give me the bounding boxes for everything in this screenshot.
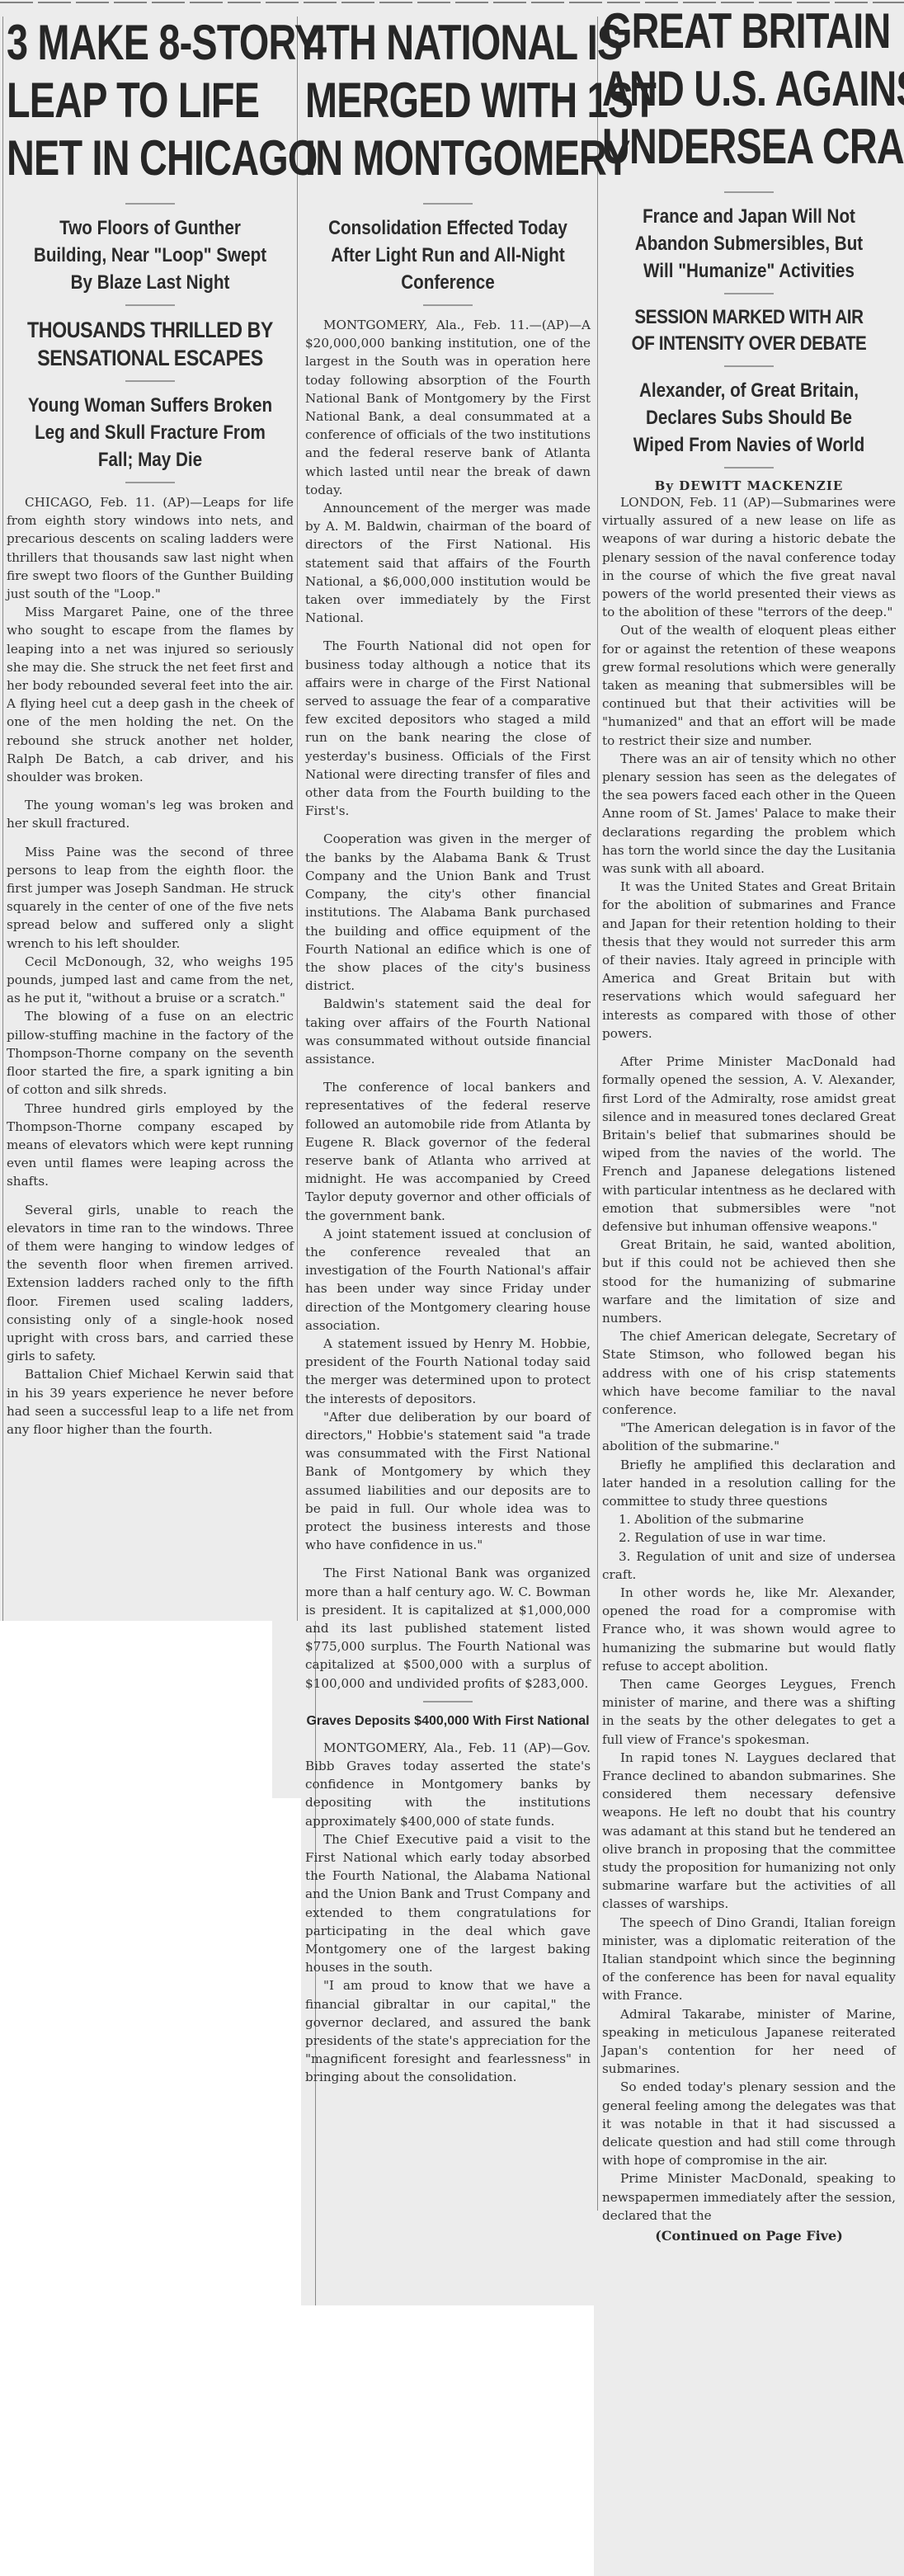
paragraph: Briefly he amplified this declaration an… bbox=[602, 1456, 896, 1511]
naval-deck-3: Alexander, of Great Britain, Declares Su… bbox=[623, 377, 875, 459]
divider bbox=[724, 191, 774, 193]
divider bbox=[423, 203, 473, 205]
bank-headline-line: IN MONTGOMERY bbox=[305, 130, 595, 188]
paragraph: It was the United States and Great Brita… bbox=[602, 878, 896, 1043]
column-rule-left bbox=[2, 16, 3, 1621]
paragraph: The chief American delegate, Secretary o… bbox=[602, 1327, 896, 1419]
paragraph: Great Britain, he said, wanted abolition… bbox=[602, 1236, 896, 1327]
divider bbox=[724, 467, 774, 469]
divider bbox=[125, 304, 175, 306]
paragraph: The Chief Executive paid a visit to the … bbox=[305, 1830, 591, 1977]
fire-headline-line: NET IN CHICAGO bbox=[7, 130, 296, 188]
list-item: 1. Abolition of the submarine bbox=[602, 1510, 896, 1528]
naval-headline-line: AND U.S. AGAINST bbox=[602, 61, 898, 119]
paragraph: In rapid tones N. Laygues declared that … bbox=[602, 1749, 896, 1914]
fire-deck-3: Young Woman Suffers Broken Leg and Skull… bbox=[26, 392, 273, 473]
bank-headline-line: 4TH NATIONAL IS bbox=[305, 15, 595, 73]
paragraph: "I am proud to know that we have a finan… bbox=[305, 1976, 591, 2086]
paragraph: Admiral Takarabe, minister of Marine, sp… bbox=[602, 2005, 896, 2079]
paragraph: The Fourth National did not open for bus… bbox=[305, 637, 591, 820]
paragraph: A joint statement issued at conclusion o… bbox=[305, 1225, 591, 1335]
paragraph: MONTGOMERY, Ala., Feb. 11 (AP)—Gov. Bibb… bbox=[305, 1739, 591, 1830]
paragraph: In other words he, like Mr. Alexander, o… bbox=[602, 1584, 896, 1675]
paragraph: CHICAGO, Feb. 11. (AP)—Leaps for life fr… bbox=[7, 493, 294, 603]
bank-headline-line: MERGED WITH 1ST bbox=[305, 73, 595, 130]
paragraph: Cecil McDonough, 32, who weighs 195 poun… bbox=[7, 953, 294, 1008]
naval-question-list: 1. Abolition of the submarine 2. Regulat… bbox=[602, 1510, 896, 1584]
paragraph: "The American delegation is in favor of … bbox=[602, 1419, 896, 1455]
paragraph: LONDON, Feb. 11 (AP)—Submarines were vir… bbox=[602, 493, 896, 621]
paragraph: Prime Minister MacDonald, speaking to ne… bbox=[602, 2169, 896, 2225]
paragraph: The First National Bank was organized mo… bbox=[305, 1564, 591, 1692]
bank-subhead: Graves Deposits $400,000 With First Nati… bbox=[305, 1712, 591, 1731]
paragraph: So ended today's plenary session and the… bbox=[602, 2078, 896, 2169]
paragraph: Battalion Chief Michael Kerwin said that… bbox=[7, 1365, 294, 1439]
divider bbox=[724, 365, 774, 367]
naval-byline: By DEWITT MACKENZIE bbox=[602, 478, 896, 493]
column-rule-1 bbox=[297, 16, 298, 1621]
paragraph: Three hundred girls employed by the Thom… bbox=[7, 1100, 294, 1191]
paragraph: The speech of Dino Grandi, Italian forei… bbox=[602, 1914, 896, 2005]
paragraph: There was an air of tensity which no oth… bbox=[602, 750, 896, 878]
paragraph: The blowing of a fuse on an electric pil… bbox=[7, 1007, 294, 1099]
naval-body-continued: In other words he, like Mr. Alexander, o… bbox=[602, 1584, 896, 2225]
fire-headline-line: 3 MAKE 8-STORY bbox=[7, 15, 296, 73]
paragraph: "After due deliberation by our board of … bbox=[305, 1408, 591, 1555]
naval-headline: GREAT BRITAIN AND U.S. AGAINST UNDERSEA … bbox=[602, 3, 898, 177]
bank-deck-1: Consolidation Effected Today After Light… bbox=[325, 214, 571, 296]
paragraph: MONTGOMERY, Ala., Feb. 11.—(AP)—A $20,00… bbox=[305, 316, 591, 499]
fire-body: CHICAGO, Feb. 11. (AP)—Leaps for life fr… bbox=[7, 493, 294, 1439]
divider bbox=[423, 1701, 473, 1702]
paragraph: Cooperation was given in the merger of t… bbox=[305, 830, 591, 995]
fire-headline: 3 MAKE 8-STORY LEAP TO LIFE NET IN CHICA… bbox=[7, 15, 296, 188]
bank-story: 4TH NATIONAL IS MERGED WITH 1ST IN MONTG… bbox=[305, 15, 591, 2087]
fire-story: 3 MAKE 8-STORY LEAP TO LIFE NET IN CHICA… bbox=[7, 15, 294, 1439]
paragraph: Several girls, unable to reach the eleva… bbox=[7, 1201, 294, 1366]
paragraph: The young woman's leg was broken and her… bbox=[7, 796, 294, 832]
list-item: 2. Regulation of use in war time. bbox=[602, 1528, 896, 1547]
fire-deck-2: THOUSANDS THRILLED BY SENSATIONAL ESCAPE… bbox=[26, 316, 273, 372]
paragraph: A statement issued by Henry M. Hobbie, p… bbox=[305, 1335, 591, 1408]
bank-sub-body: MONTGOMERY, Ala., Feb. 11 (AP)—Gov. Bibb… bbox=[305, 1739, 591, 2087]
divider bbox=[125, 203, 175, 205]
paragraph: Out of the wealth of eloquent pleas eith… bbox=[602, 621, 896, 749]
bank-headline: 4TH NATIONAL IS MERGED WITH 1ST IN MONTG… bbox=[305, 15, 595, 188]
paragraph: The conference of local bankers and repr… bbox=[305, 1078, 591, 1225]
paragraph: Miss Paine was the second of three perso… bbox=[7, 843, 294, 953]
clipping-bank-story-left-strip bbox=[272, 1621, 301, 1798]
fire-headline-line: LEAP TO LIFE bbox=[7, 73, 296, 130]
divider bbox=[724, 293, 774, 294]
naval-headline-line: GREAT BRITAIN bbox=[602, 3, 898, 61]
naval-headline-line: UNDERSEA CRAFT bbox=[602, 119, 898, 177]
divider bbox=[125, 380, 175, 382]
list-item: 3. Regulation of unit and size of unders… bbox=[602, 1547, 896, 1584]
paragraph: After Prime Minister MacDonald had forma… bbox=[602, 1053, 896, 1236]
naval-deck-2: SESSION MARKED WITH AIR OF INTENSITY OVE… bbox=[623, 304, 875, 357]
naval-body: LONDON, Feb. 11 (AP)—Submarines were vir… bbox=[602, 493, 896, 1510]
bank-body: MONTGOMERY, Ala., Feb. 11.—(AP)—A $20,00… bbox=[305, 316, 591, 1693]
naval-story: GREAT BRITAIN AND U.S. AGAINST UNDERSEA … bbox=[602, 3, 896, 2244]
column-rule-2 bbox=[597, 16, 598, 2211]
fire-deck-1: Two Floors of Gunther Building, Near "Lo… bbox=[26, 214, 273, 296]
paragraph: Announcement of the merger was made by A… bbox=[305, 499, 591, 627]
paragraph: Baldwin's statement said the deal for ta… bbox=[305, 995, 591, 1068]
divider bbox=[423, 304, 473, 306]
paragraph: Miss Margaret Paine, one of the three wh… bbox=[7, 603, 294, 786]
divider bbox=[125, 482, 175, 483]
paragraph: Then came Georges Leygues, French minist… bbox=[602, 1675, 896, 1749]
naval-deck-1: France and Japan Will Not Abandon Submer… bbox=[623, 203, 875, 285]
continued-note: (Continued on Page Five) bbox=[602, 2228, 896, 2244]
